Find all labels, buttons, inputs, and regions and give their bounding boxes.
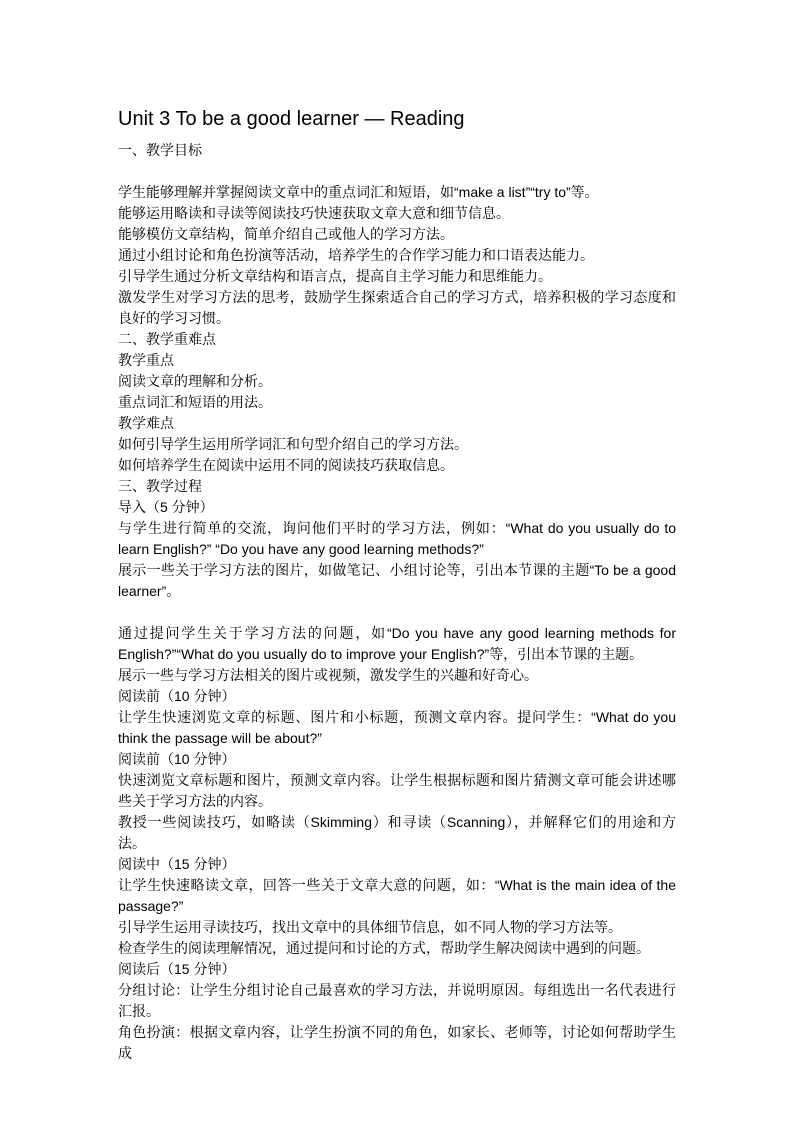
- paragraph: 教学难点: [118, 413, 676, 434]
- paragraph: 让学生快速略读文章，回答一些关于文章大意的问题，如：“What is the m…: [118, 875, 676, 917]
- section-heading: 一、教学目标: [118, 140, 676, 161]
- paragraph: 展示一些与学习方法相关的图片或视频，激发学生的兴趣和好奇心。: [118, 665, 676, 686]
- paragraph: 与学生进行简单的交流，询问他们平时的学习方法，例如：“What do you u…: [118, 518, 676, 560]
- paragraph: 通过提问学生关于学习方法的问题，如“Do you have any good l…: [118, 623, 676, 665]
- paragraph: 阅读后（15 分钟）: [118, 959, 676, 980]
- paragraph: 分组讨论：让学生分组讨论自己最喜欢的学习方法，并说明原因。每组选出一名代表进行汇…: [118, 980, 676, 1022]
- paragraph: 阅读前（10 分钟）: [118, 749, 676, 770]
- blank-line: [118, 161, 676, 182]
- paragraph: 重点词汇和短语的用法。: [118, 392, 676, 413]
- paragraph: 导入（5 分钟）: [118, 497, 676, 518]
- paragraph: 学生能够理解并掌握阅读文章中的重点词汇和短语，如“make a list”“tr…: [118, 182, 676, 203]
- paragraph: 引导学生通过分析文章结构和语言点，提高自主学习能力和思维能力。: [118, 266, 676, 287]
- paragraph: 通过小组讨论和角色扮演等活动，培养学生的合作学习能力和口语表达能力。: [118, 245, 676, 266]
- document-title: Unit 3 To be a good learner — Reading: [118, 106, 676, 132]
- paragraph: 如何培养学生在阅读中运用不同的阅读技巧获取信息。: [118, 455, 676, 476]
- paragraph: 阅读中（15 分钟）: [118, 854, 676, 875]
- paragraph: 引导学生运用寻读技巧，找出文章中的具体细节信息，如不同人物的学习方法等。: [118, 917, 676, 938]
- paragraph: 能够运用略读和寻读等阅读技巧快速获取文章大意和细节信息。: [118, 203, 676, 224]
- paragraph: 教学重点: [118, 350, 676, 371]
- section-heading: 二、教学重难点: [118, 329, 676, 350]
- blank-line: [118, 602, 676, 623]
- paragraph: 展示一些关于学习方法的图片，如做笔记、小组讨论等，引出本节课的主题“To be …: [118, 560, 676, 602]
- paragraph: 激发学生对学习方法的思考，鼓励学生探索适合自己的学习方式，培养积极的学习态度和良…: [118, 287, 676, 329]
- paragraph: 如何引导学生运用所学词汇和句型介绍自己的学习方法。: [118, 434, 676, 455]
- paragraph: 阅读前（10 分钟）: [118, 686, 676, 707]
- section-heading: 三、教学过程: [118, 476, 676, 497]
- paragraph: 阅读文章的理解和分析。: [118, 371, 676, 392]
- paragraph: 检查学生的阅读理解情况，通过提问和讨论的方式，帮助学生解决阅读中遇到的问题。: [118, 938, 676, 959]
- paragraph: 教授一些阅读技巧，如略读（Skimming）和寻读（Scanning），并解释它…: [118, 812, 676, 854]
- document-page: Unit 3 To be a good learner — Reading 一、…: [0, 0, 794, 1123]
- paragraph: 快速浏览文章标题和图片，预测文章内容。让学生根据标题和图片猜测文章可能会讲述哪些…: [118, 770, 676, 812]
- paragraph: 能够模仿文章结构，简单介绍自己或他人的学习方法。: [118, 224, 676, 245]
- paragraph: 让学生快速浏览文章的标题、图片和小标题，预测文章内容。提问学生：“What do…: [118, 707, 676, 749]
- document-body: 一、教学目标学生能够理解并掌握阅读文章中的重点词汇和短语，如“make a li…: [118, 140, 676, 1064]
- paragraph: 角色扮演：根据文章内容，让学生扮演不同的角色，如家长、老师等，讨论如何帮助学生成: [118, 1022, 676, 1064]
